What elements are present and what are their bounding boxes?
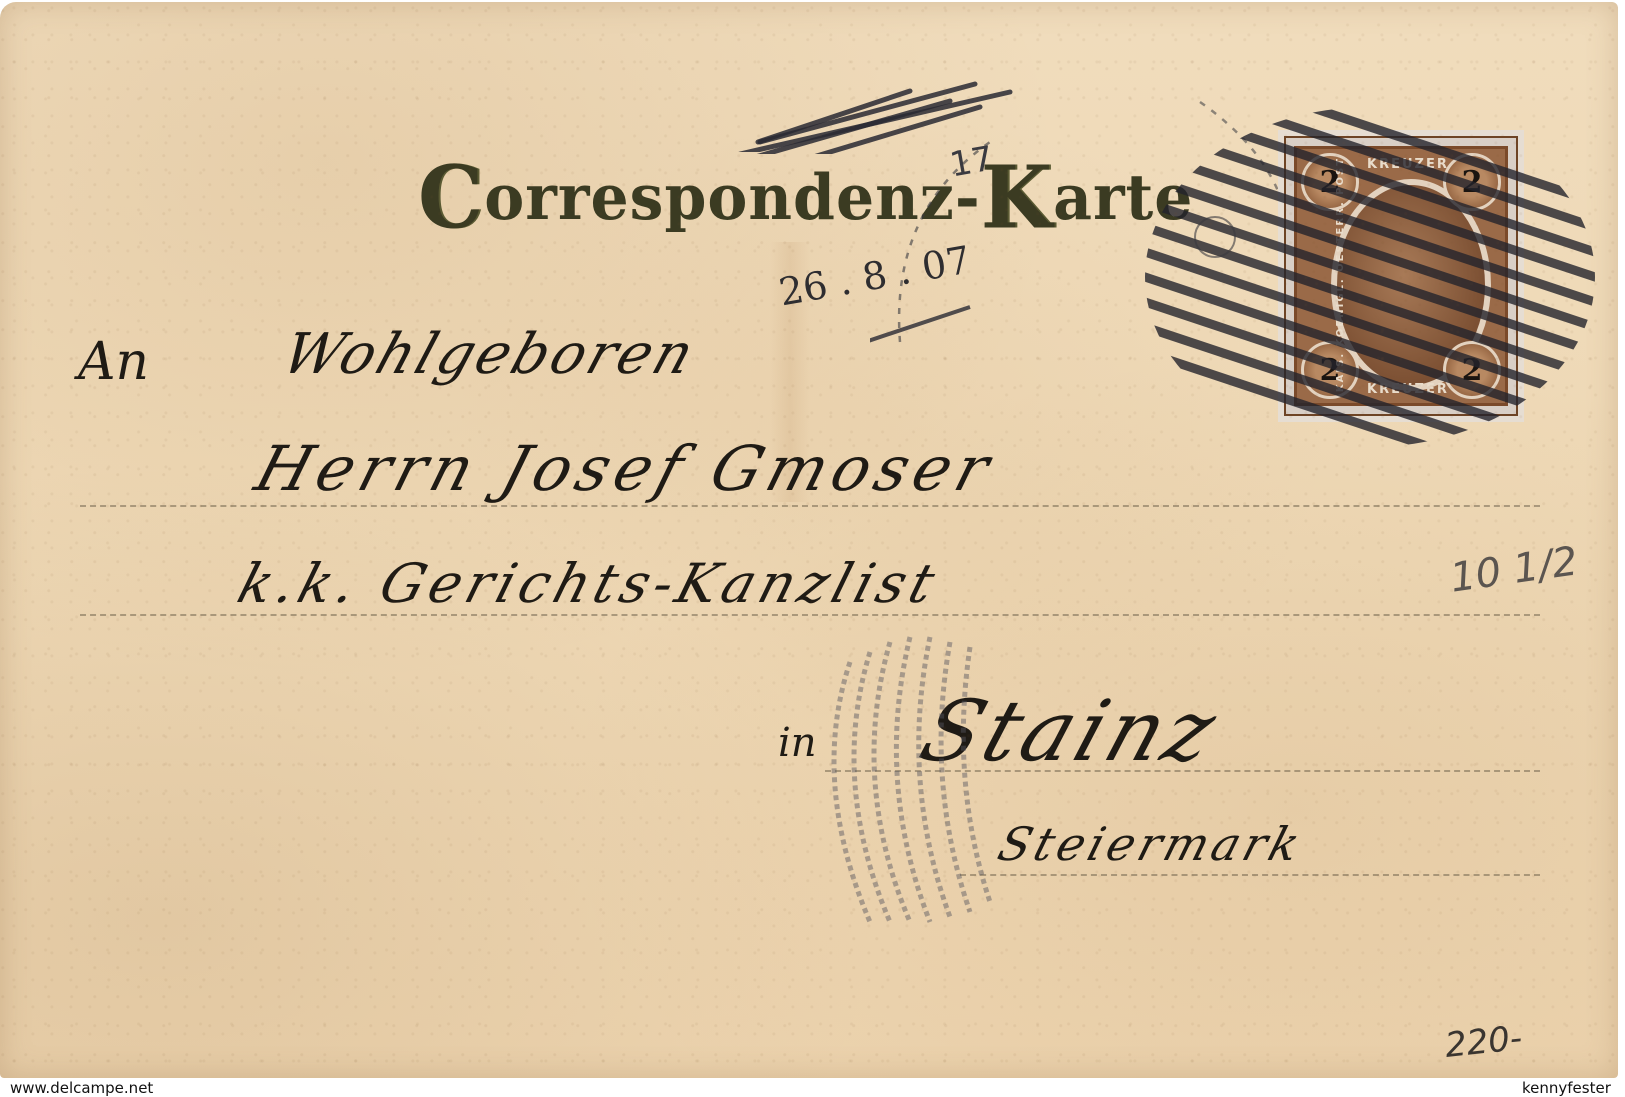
address-line2-text: Herrn Josef Gmoser [248,432,1004,505]
watermark-left: www.delcampe.net [10,1079,153,1097]
stamp-top-text: KREUZER [1367,157,1449,172]
postage-stamp: 2 2 2 2 KREUZER KREUZER KAIS. KOENIGL. O… [1284,136,1518,416]
pencil-note: 10 1/2 [1447,538,1580,601]
address-line5-text: Steiermark [992,817,1310,871]
barred-cancel-top-2 [720,72,1040,152]
postmark-digit: 17 [947,139,997,186]
faded-barred-cancel [780,622,1040,942]
stamp-value-top-right: 2 [1443,153,1501,211]
stamp-bottom-text: KREUZER [1367,382,1449,397]
stamp-side-text: KAIS. KOENIGL. OESTERR. POST [1335,157,1346,392]
barred-cancel-top [730,74,990,154]
address-line1-text: Wohlgeboren [274,322,704,387]
salutation: An [78,332,149,392]
stamp-frame: 2 2 2 2 KREUZER KREUZER KAIS. KOENIGL. O… [1294,146,1508,406]
stamp-value-bottom-right: 2 [1443,341,1501,399]
stamp-value-top-left: 2 [1301,153,1359,211]
title-initial-c: C [418,148,484,249]
title-rest2: arte [1053,161,1193,235]
title-rest: orrespondenz- [484,161,981,235]
address-line-1 [80,505,1540,507]
card-title: Correspondenz-Karte [418,148,1193,249]
pencil-price: 220- [1443,1018,1524,1066]
address-line4-text: Stainz [909,682,1231,780]
address-line4-prefix: in [778,720,817,766]
postcard: Correspondenz-Karte 17 26 . 8 . 07 An Wo… [0,2,1618,1078]
stamp-value-bottom-left: 2 [1301,341,1359,399]
address-line3-text: k.k. Gerichts-Kanzlist [231,552,947,615]
address-line-4 [960,874,1540,876]
watermark-right: kennyfester [1522,1079,1611,1097]
